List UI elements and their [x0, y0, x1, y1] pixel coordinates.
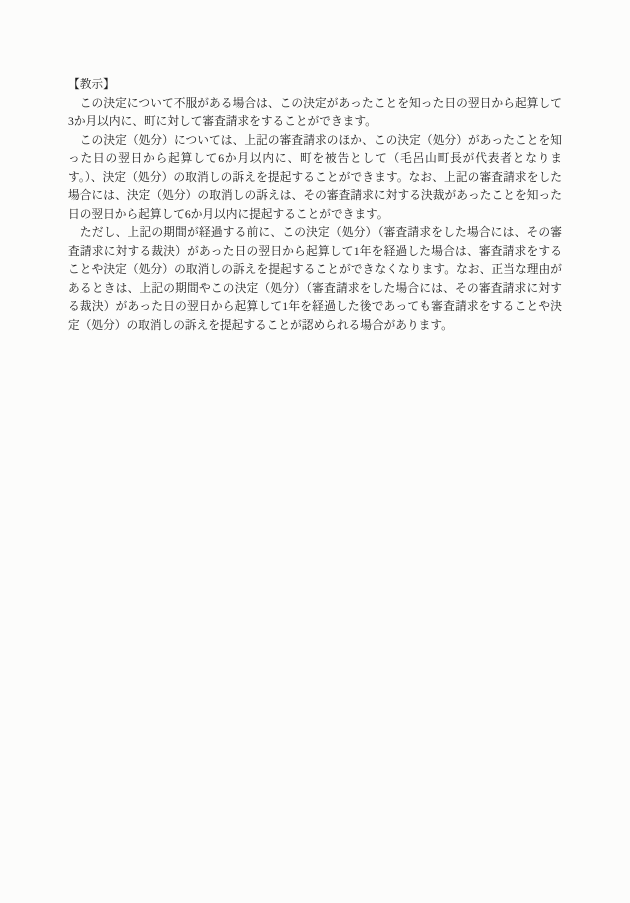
paragraph-revocation-lawsuit: この決定（処分）については、上記の審査請求のほか、この決定（処分）があったことを…: [68, 132, 562, 225]
document-page: 【教示】 この決定について不服がある場合は、この決定があったことを知った日の翌日…: [0, 0, 630, 903]
notice-heading: 【教示】: [68, 76, 562, 95]
paragraph-review-request-period: この決定について不服がある場合は、この決定があったことを知った日の翌日から起算し…: [68, 95, 562, 132]
notice-section: 【教示】 この決定について不服がある場合は、この決定があったことを知った日の翌日…: [68, 76, 562, 335]
paragraph-one-year-limitation: ただし、上記の期間が経過する前に、この決定（処分）（審査請求をした場合には、その…: [68, 224, 562, 335]
